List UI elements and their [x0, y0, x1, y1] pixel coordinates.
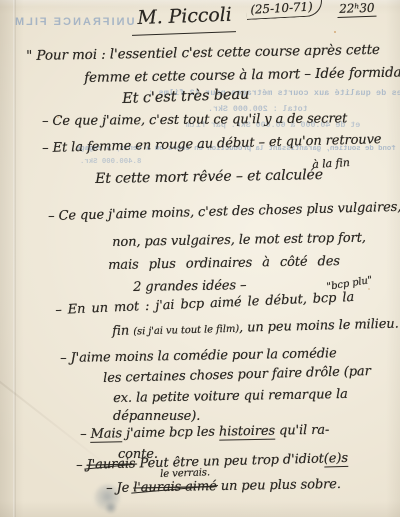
letterhead-brand-bleed: UNIFRANCE FILM: [13, 16, 135, 28]
paper-speck: [334, 31, 336, 33]
line-part: fin: [112, 323, 133, 339]
date-annotation: (25-10-71): [246, 0, 323, 20]
paper-speck: [368, 288, 370, 290]
handwritten-line: dépanneuse).: [113, 409, 200, 424]
handwritten-line: 2 grandes idées –: [133, 278, 247, 295]
underlined-word: Mais: [90, 426, 122, 443]
time-text: 22ʰ30: [337, 1, 377, 18]
crossed-out-phrase: l'aurais aimé: [133, 479, 217, 495]
handwritten-line: – J'aime moins la comédie pour la comédi…: [60, 346, 337, 366]
crossed-out-word: J'aurais: [86, 456, 135, 472]
handwritten-line: – J'aurais Peut être un peu trop d'idiot…: [76, 451, 348, 473]
line-part: qu'il ra-: [275, 423, 329, 439]
parenthetical-small: (si j'ai vu tout le film): [133, 324, 239, 338]
time-annotation: 22ʰ30: [337, 1, 377, 18]
handwritten-line: mais plus ordinaires à côté des: [108, 254, 340, 273]
handwritten-line: femme et cette course à la mort – Idée f…: [84, 64, 400, 86]
scanned-note-page: UNIFRANCE FILM Primes de qualité aux cou…: [0, 0, 400, 517]
insertion-above: le verrais.: [160, 467, 210, 480]
line-part: j'aime bcp les: [122, 425, 219, 442]
handwritten-line: – En un mot : j'ai bcp aimé le début, bc…: [55, 290, 354, 318]
handwritten-line: fin (si j'ai vu tout le film), un peu mo…: [112, 316, 399, 338]
handwritten-line: – Ce que j'aime moins, c'est des choses …: [48, 200, 400, 224]
handwritten-line: les certaines choses pour faire drôle (p…: [103, 364, 371, 386]
underlined-word: (e)s: [324, 451, 349, 468]
handwritten-line: – Je l'aurais aimé un peu plus sobre.: [106, 477, 341, 496]
line-part: un peu plus sobre.: [217, 477, 341, 494]
handwritten-line: ex. la petite voiture qui remarque la: [113, 387, 348, 406]
paper-crease-bottom: [0, 371, 114, 471]
handwritten-line: " Pour moi : l'essentiel c'est cette cou…: [26, 42, 380, 64]
ink-smudge: [104, 502, 118, 514]
page-title-name: M. Piccoli: [137, 4, 232, 29]
handwritten-line: Et c'est très beau: [122, 87, 250, 107]
handwritten-line: – Mais j'aime bcp les histoires qu'il ra…: [80, 423, 329, 442]
line-part: , un peu moins le milieu.: [239, 316, 399, 335]
handwritten-line: non, pas vulgaires, le mot est trop fort…: [112, 231, 366, 250]
paper-crease-left: [13, 0, 16, 517]
title-underline-stroke: [132, 31, 236, 36]
handwritten-line: – Ce que j'aime, c'est tout ce qu'il y a…: [42, 111, 347, 129]
date-enclosure: (25-10-71): [246, 0, 323, 20]
handwritten-line: Et cette mort rêvée – et calculée: [95, 167, 323, 187]
typed-bleed-line: 8.400.000 Skr.: [80, 158, 141, 166]
underlined-word: histoires: [219, 424, 275, 441]
